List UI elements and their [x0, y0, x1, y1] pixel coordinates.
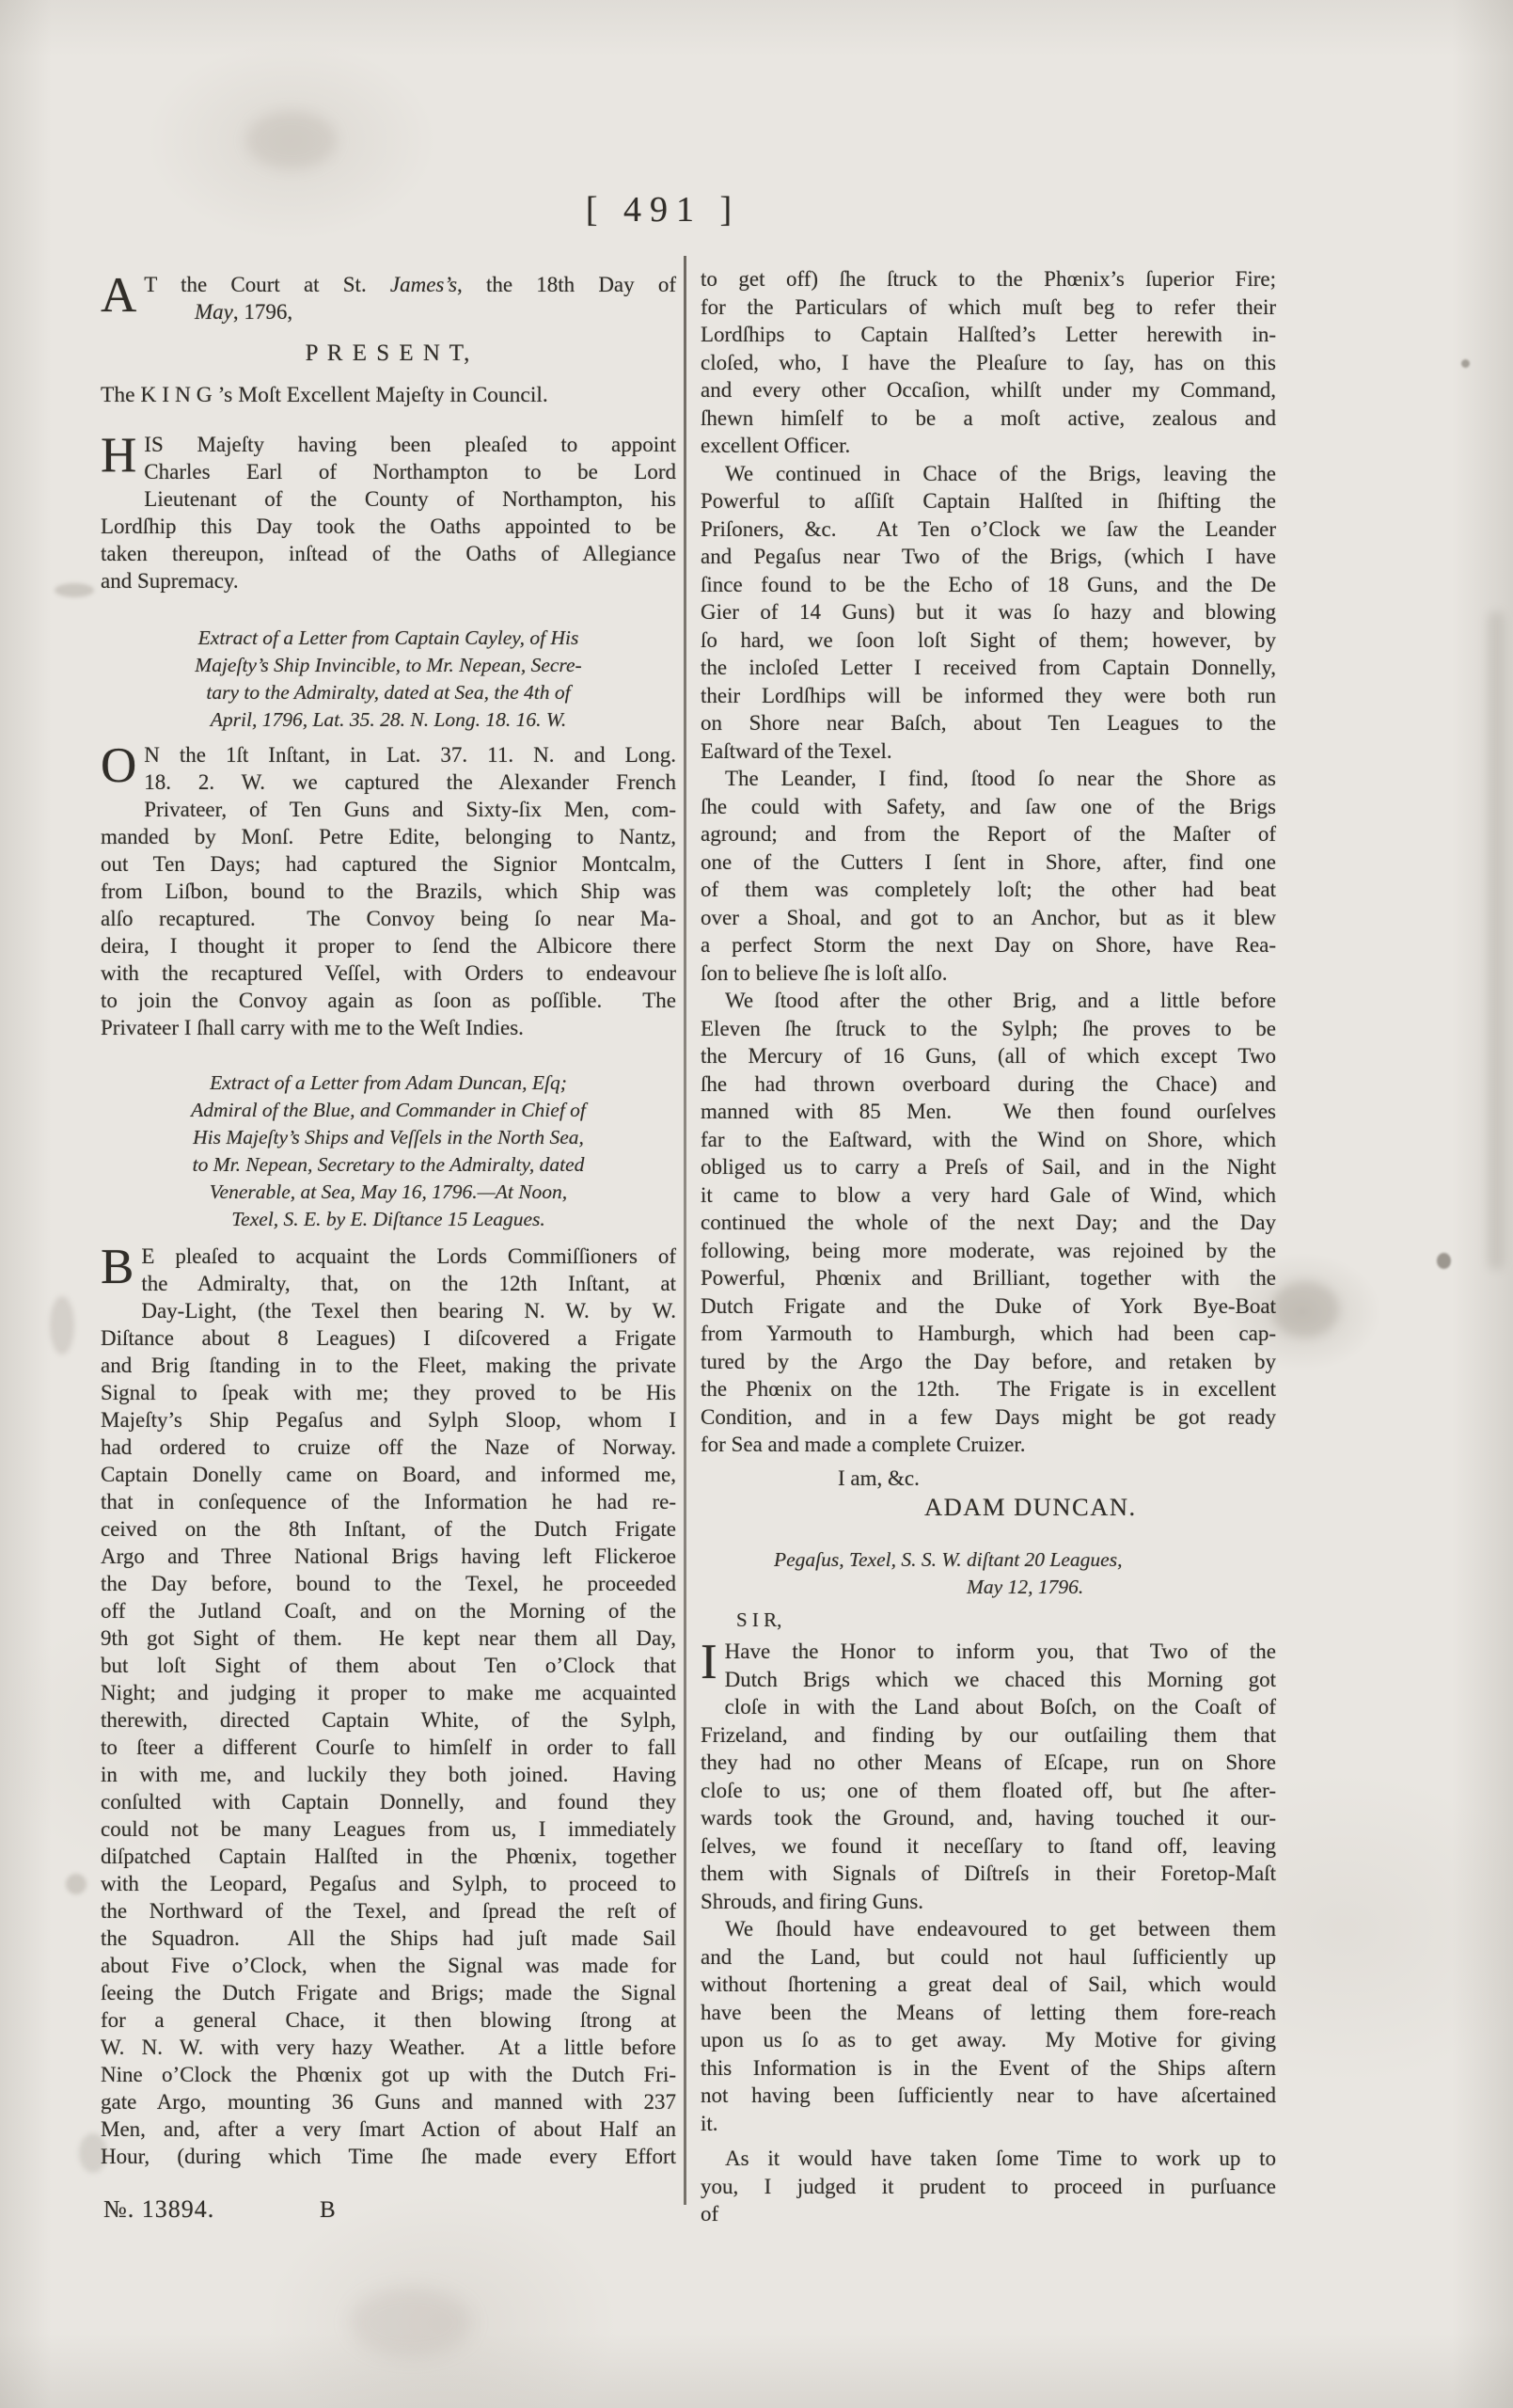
text-line: Have the Honor to inform you, that Two o… — [701, 1638, 1276, 1666]
text-line: following, being more moderate, was rejo… — [701, 1237, 1276, 1265]
text-line: the Northward of the Texel, and ſpread t… — [101, 1897, 676, 1925]
text-line: W. N. W. with very hazy Weather. At a li… — [101, 2034, 676, 2061]
text-line: far to the Eaſtward, with the Wind on Sh… — [701, 1126, 1276, 1154]
text-line: wards took the Ground, and, having touch… — [701, 1804, 1276, 1832]
text-line: for Sea and made a complete Cruizer. — [701, 1431, 1276, 1459]
text-line: 9th got Sight of them. He kept near them… — [101, 1624, 676, 1652]
text-line: Powerful, Phœnix and Brilliant, together… — [701, 1264, 1276, 1292]
text-line: obliged us to carry a Preſs of Sail, and… — [701, 1153, 1276, 1181]
text-line: Lieutenant of the County of Northampton,… — [101, 485, 676, 513]
text-line: the incloſed Letter I received from Capt… — [701, 654, 1276, 682]
text-line: of them was completely loſt; the other h… — [701, 876, 1276, 904]
text-line: IS Majeſty having been pleaſed to appoin… — [101, 431, 676, 458]
text-line: ſhe could with Safety, and ſaw one of th… — [701, 793, 1276, 821]
text-line: Eleven ſhe ſtruck to the Sylph; ſhe prov… — [701, 1015, 1276, 1043]
text-line: to get off) ſhe ſtruck to the Phœnix’s ſ… — [701, 265, 1276, 293]
text-line: Signal to ſpeak with me; they proved to … — [101, 1379, 676, 1406]
text-line: they had no other Means of Eſcape, run o… — [701, 1749, 1276, 1777]
issue-number: №. 13894. — [103, 2195, 214, 2224]
text-line: their Lordſhips will be informed they we… — [701, 682, 1276, 710]
scan-edge-shadow — [1488, 611, 1505, 1270]
ink-speck — [1437, 1253, 1451, 1269]
text-run: , the 18th Day of — [457, 273, 676, 296]
salutation-line: S I R, — [701, 1607, 1276, 1635]
text-line: tary to the Admiralty, dated at Sea, the… — [101, 679, 676, 706]
text-line: to ſteer a different Courſe to himſelf i… — [101, 1734, 676, 1761]
king-majesty-line: The K I N G ’s Moſt Excellent Majeſty in… — [101, 380, 676, 410]
text-line: ſo hard, we ſoon loſt Sight of them; how… — [701, 626, 1276, 655]
text-line: ſhewn himſelf to be a moſt active, zealo… — [701, 404, 1276, 433]
text-line: over a Shoal, and got to an Anchor, but … — [701, 904, 1276, 932]
text-line: the Mercury of 16 Guns, (all of which ex… — [701, 1042, 1276, 1070]
text-line: Gier of 14 Guns) but it was ſo hazy and … — [701, 598, 1276, 626]
ink-speck — [1461, 359, 1470, 368]
left-column: A T the Court at St. James’s, the 18th D… — [101, 271, 676, 2170]
paragraph-lines: N the 1ſt Inſtant, in Lat. 37. 11. N. an… — [101, 741, 676, 1041]
text-line: Privateer, of Ten Guns and Sixty-ſix Men… — [101, 796, 676, 823]
text-line: Admiral of the Blue, and Commander in Ch… — [101, 1097, 676, 1124]
text-line: May, 1796, — [101, 298, 676, 325]
dropcap-initial: I — [701, 1638, 725, 1694]
text-line: Texel, S. E. by E. Diſtance 15 Leagues. — [101, 1206, 676, 1233]
text-line: Day-Light, (the Texel then bearing N. W.… — [101, 1297, 676, 1324]
text-line: Extract of a Letter from Captain Cayley,… — [101, 625, 676, 652]
text-line: Nine o’Clock the Phœnix got up with the … — [101, 2061, 676, 2088]
text-line: and the Land, but could not haul ſuffici… — [701, 1943, 1276, 1972]
text-line: with the Leopard, Pegaſus and Sylph, to … — [101, 1870, 676, 1897]
paragraph-lord-lieutenant: H IS Majeſty having been pleaſed to appo… — [101, 431, 676, 594]
text-line: off the Jutland Coaſt, and on the Mornin… — [101, 1597, 676, 1624]
dropcap-initial: O — [101, 741, 144, 798]
text-line: cloſe to us; one of them floated off, bu… — [701, 1777, 1276, 1805]
text-line: E pleaſed to acquaint the Lords Commiſſi… — [101, 1243, 676, 1270]
text-line: Priſoners, &c. At Ten o’Clock we ſaw the… — [701, 515, 1276, 544]
margin-mark — [55, 583, 94, 597]
text-line: Frizeland, and finding by our outſailing… — [701, 1721, 1276, 1750]
text-line: ſhe had thrown overboard during the Chac… — [701, 1070, 1276, 1099]
text-line: aground; and from the Report of the Maſt… — [701, 820, 1276, 848]
text-line: about Five o’Clock, when the Signal was … — [101, 1952, 676, 1979]
text-line: alſo recaptured. The Convoy being ſo nea… — [101, 905, 676, 932]
present-line: P R E S E N T, — [101, 338, 676, 369]
text-line: T the Court at St. James’s, the 18th Day… — [101, 271, 676, 298]
paragraph-lines: IS Majeſty having been pleaſed to appoin… — [101, 431, 676, 594]
paragraph-cayley-letter: O N the 1ſt Inſtant, in Lat. 37. 11. N. … — [101, 741, 676, 1041]
right-column: to get off) ſhe ſtruck to the Phœnix’s ſ… — [701, 265, 1276, 2228]
text-line: therewith, directed Captain White, of th… — [101, 1706, 676, 1734]
text-line: Charles Earl of Northampton to be Lord — [101, 458, 676, 485]
text-line: manned with 85 Men. We then found ourſel… — [701, 1098, 1276, 1126]
text-line: conſulted with Captain Donnelly, and fou… — [101, 1788, 676, 1815]
text-line: ſelves, we found it neceſſary to ſtand o… — [701, 1832, 1276, 1861]
paragraph-duncan-letter: B E pleaſed to acquaint the Lords Commiſ… — [101, 1243, 676, 2170]
text-line: in with me, and luckily they both joined… — [101, 1761, 676, 1788]
text-line: upon us ſo as to get away. My Motive for… — [701, 2026, 1276, 2054]
heading-lines: Extract of a Letter from Adam Duncan, Eſ… — [101, 1069, 676, 1233]
text-line: ſeeing the Dutch Frigate and Brigs; made… — [101, 1979, 676, 2006]
text-line: Venerable, at Sea, May 16, 1796.—At Noon… — [101, 1179, 676, 1206]
text-line: We ſtood after the other Brig, and a lit… — [701, 987, 1276, 1015]
signature-line: ADAM DUNCAN. — [701, 1494, 1276, 1522]
sign-off-line: I am, &c. — [701, 1465, 1276, 1493]
gazette-page-scan: [ 491 ] A T the Court at St. James’s, th… — [0, 0, 1513, 2408]
text-line: As it would have taken ſome Time to work… — [701, 2145, 1276, 2173]
paper-stain — [350, 2288, 472, 2357]
text-line: a perfect Storm the next Day on Shore, h… — [701, 931, 1276, 959]
text-line: manded by Monſ. Petre Edite, belonging t… — [101, 823, 676, 850]
text-line: Majeſty’s Ship Pegaſus and Sylph Sloop, … — [101, 1406, 676, 1434]
text-line: had ordered to cruize off the Naze of No… — [101, 1434, 676, 1461]
text-line: Condition, and in a few Days might be go… — [701, 1403, 1276, 1432]
dropcap-initial: H — [101, 431, 144, 487]
text-line: Captain Donelly came on Board, and infor… — [101, 1461, 676, 1488]
text-line: not having been ſufficiently near to hav… — [701, 2082, 1276, 2110]
text-line: Men, and, after a very ſmart Action of a… — [101, 2115, 676, 2143]
text-line: cloſe in with the Land about Boſch, on t… — [701, 1693, 1276, 1721]
text-line: Diſtance about 8 Leagues) I diſcovered a… — [101, 1324, 676, 1352]
court-heading-paragraph: A T the Court at St. James’s, the 18th D… — [101, 271, 676, 410]
text-line: Lordſhip this Day took the Oaths appoint… — [101, 513, 676, 540]
text-line: to Mr. Nepean, Secretary to the Admiralt… — [101, 1151, 676, 1179]
text-line: ſince found to be the Echo of 18 Guns, a… — [701, 571, 1276, 599]
text-line: out Ten Days; had captured the Signior M… — [101, 850, 676, 878]
text-line: The Leander, I find, ſtood ſo near the S… — [701, 765, 1276, 793]
text-line: continued the whole of the next Day; and… — [701, 1209, 1276, 1237]
text-line: from Liſbon, bound to the Brazils, which… — [101, 878, 676, 905]
text-line: Privateer I ſhall carry with me to the W… — [101, 1014, 676, 1041]
text-run: T the Court at St. — [144, 273, 390, 296]
text-line: to join the Convoy again as ſoon as poſſ… — [101, 987, 676, 1014]
text-line: deira, I thought it proper to ſend the A… — [101, 932, 676, 959]
text-line: them with Signals of Diſtreſs in their F… — [701, 1860, 1276, 1888]
column-divider — [684, 256, 686, 2205]
text-line: you, I judged it prudent to proceed in p… — [701, 2173, 1276, 2201]
text-line: Argo and Three National Brigs having lef… — [101, 1543, 676, 1570]
text-line: for a general Chace, it then blowing ſtr… — [101, 2006, 676, 2034]
text-line: diſpatched Captain Halſted in the Phœnix… — [101, 1843, 676, 1870]
dateline-date: May 12, 1796. — [701, 1574, 1276, 1602]
text-line: Lordſhips to Captain Halſted’s Letter he… — [701, 321, 1276, 349]
text-line: Shrouds, and firing Guns. — [701, 1888, 1276, 1916]
text-line: but loſt Sight of them about Ten o’Clock… — [101, 1652, 676, 1679]
text-line: Dutch Frigate and the Duke of York Bye-B… — [701, 1292, 1276, 1321]
text-line: Night; and judging it proper to make me … — [101, 1679, 676, 1706]
letter-heading-cayley: Extract of a Letter from Captain Cayley,… — [101, 625, 676, 734]
text-line: could not be many Leagues from us, I imm… — [101, 1815, 676, 1843]
paragraph-lines: Have the Honor to inform you, that Two o… — [701, 1638, 1276, 2200]
text-run: , 1796, — [233, 300, 292, 324]
paper-stain — [246, 111, 337, 169]
text-line: and Supremacy. — [101, 567, 676, 594]
text-line: and Pegaſus near Two of the Brigs, (whic… — [701, 543, 1276, 571]
text-line: April, 1796, Lat. 35. 28. N. Long. 18. 1… — [101, 706, 676, 734]
dateline-ship-position: Pegaſus, Texel, S. S. W. diſtant 20 Leag… — [701, 1546, 1276, 1575]
text-line: from Yarmouth to Hamburgh, which had bee… — [701, 1320, 1276, 1348]
text-line: Extract of a Letter from Adam Duncan, Eſ… — [101, 1069, 676, 1097]
paragraph-lines: E pleaſed to acquaint the Lords Commiſſi… — [101, 1243, 676, 2170]
signature-mark: B — [320, 2197, 336, 2224]
text-line: the Phœnix on the 12th. The Frigate is i… — [701, 1375, 1276, 1403]
text-line: 18. 2. W. we captured the Alexander Fren… — [101, 768, 676, 796]
heading-lines: Extract of a Letter from Captain Cayley,… — [101, 625, 676, 734]
text-line: We continued in Chace of the Brigs, leav… — [701, 460, 1276, 488]
dropcap-initial: B — [101, 1243, 141, 1299]
text-line: with the recaptured Veſſel, with Orders … — [101, 959, 676, 987]
text-line: taken thereupon, inſtead of the Oaths of… — [101, 540, 676, 567]
text-line: it. — [701, 2110, 1276, 2138]
text-line: it came to blow a very hard Gale of Wind… — [701, 1181, 1276, 1210]
text-line: for the Particulars of which muſt beg to… — [701, 293, 1276, 322]
text-line: and Brig ſtanding in to the Fleet, makin… — [101, 1352, 676, 1379]
text-line: excellent Officer. — [701, 432, 1276, 460]
paragraph-duncan-continued: to get off) ſhe ſtruck to the Phœnix’s ſ… — [701, 265, 1276, 1459]
text-line: the Squadron. All the Ships had juſt mad… — [101, 1925, 676, 1952]
text-line: one of the Cutters I ſent in Shore, afte… — [701, 848, 1276, 877]
text-line: ſon to believe ſhe is loſt alſo. — [701, 959, 1276, 988]
text-line: ceived on the 8th Inſtant, of the Dutch … — [101, 1515, 676, 1543]
text-line: His Majeſty’s Ships and Veſſels in the N… — [101, 1124, 676, 1151]
text-line: Powerful to aſſiſt Captain Halſted in ſh… — [701, 487, 1276, 515]
page-number: [ 491 ] — [536, 182, 790, 237]
text-line: that in conſequence of the Information h… — [101, 1488, 676, 1515]
dropcap-initial: A — [101, 271, 144, 327]
paper-stain — [1271, 1281, 1339, 1338]
text-line: the Admiralty, that, on the 12th Inſtant… — [101, 1270, 676, 1297]
margin-mark — [50, 1296, 74, 1354]
catchword: of — [701, 2200, 1276, 2228]
text-line: and every other Occaſion, whilſt under m… — [701, 376, 1276, 404]
text-line: this Information is in the Event of the … — [701, 2054, 1276, 2083]
text-line: Hour, (during which Time ſhe made every … — [101, 2143, 676, 2170]
text-line: We ſhould have endeavoured to get betwee… — [701, 1915, 1276, 1943]
text-line: have been the Means of letting them fore… — [701, 1999, 1276, 2027]
paragraph-second-letter: I Have the Honor to inform you, that Two… — [701, 1638, 1276, 2200]
text-line: Dutch Brigs which we chaced this Morning… — [701, 1666, 1276, 1694]
text-line: Eaſtward of the Texel. — [701, 737, 1276, 766]
text-line: N the 1ſt Inſtant, in Lat. 37. 11. N. an… — [101, 741, 676, 768]
italic-text-run: May — [195, 300, 233, 324]
text-line: tured by the Argo the Day before, and re… — [701, 1348, 1276, 1376]
text-line: without ſhortening a great deal of Sail,… — [701, 1971, 1276, 1999]
text-line: the Day before, bound to the Texel, he p… — [101, 1570, 676, 1597]
paragraph-lines: to get off) ſhe ſtruck to the Phœnix’s ſ… — [701, 265, 1276, 1459]
text-line: cloſed, who, I have the Pleaſure to ſay,… — [701, 349, 1276, 377]
text-line: Majeſty’s Ship Invincible, to Mr. Nepean… — [101, 652, 676, 679]
letter-heading-duncan: Extract of a Letter from Adam Duncan, Eſ… — [101, 1069, 676, 1233]
text-line: on Shore near Baſch, about Ten Leagues t… — [701, 709, 1276, 737]
margin-mark — [66, 1874, 87, 1894]
italic-text-run: James’s — [390, 273, 457, 296]
text-line: gate Argo, mounting 36 Guns and manned w… — [101, 2088, 676, 2115]
